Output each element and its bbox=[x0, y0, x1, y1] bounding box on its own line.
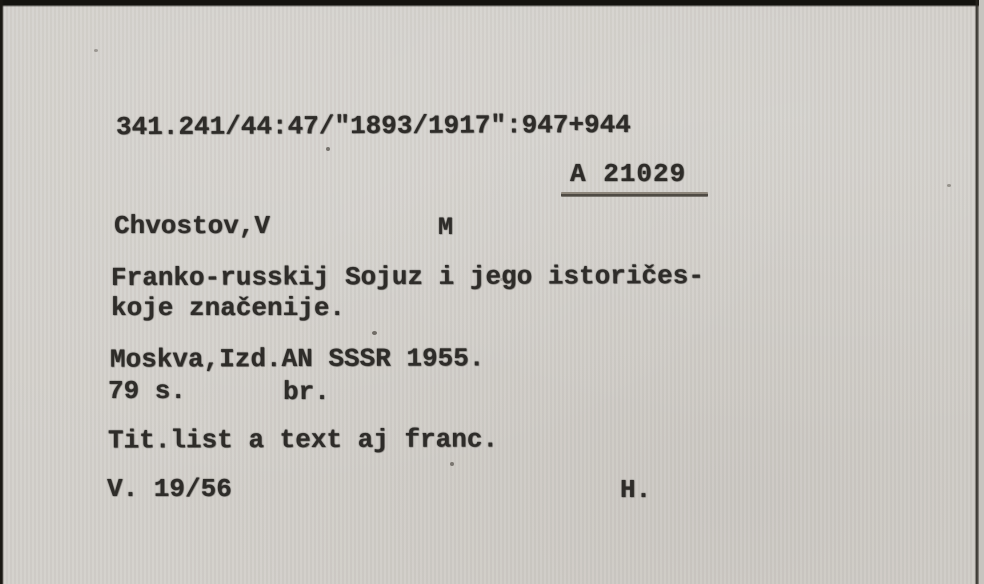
call-number: 341.241/44:47/"1893/1917":947+944 bbox=[116, 110, 631, 142]
cataloger-initials: H. bbox=[620, 475, 651, 505]
title-line-2: koje značenije. bbox=[111, 293, 345, 323]
shelf-mark-underline bbox=[561, 192, 708, 197]
binding-note: br. bbox=[283, 377, 330, 407]
card-right-margin bbox=[979, 0, 984, 584]
ink-speck bbox=[450, 462, 454, 466]
card-top-edge bbox=[0, 0, 984, 7]
cutter-letter: M bbox=[438, 213, 453, 243]
language-note: Tit.list a text aj franc. bbox=[108, 424, 498, 455]
catalog-card: 341.241/44:47/"1893/1917":947+944 A 2102… bbox=[0, 0, 984, 584]
ink-speck bbox=[500, 278, 503, 281]
ink-speck bbox=[94, 49, 98, 52]
imprint-line: Moskva,Izd.AN SSSR 1955. bbox=[110, 343, 485, 374]
pagination: 79 s. bbox=[108, 376, 186, 406]
author-line: Chvostov,V bbox=[114, 211, 270, 241]
ink-speck bbox=[326, 147, 330, 151]
shelf-mark: A 21029 bbox=[570, 159, 686, 189]
accession-number: V. 19/56 bbox=[107, 474, 232, 504]
card-left-edge bbox=[0, 0, 4, 584]
title-line-1: Franko-russkij Sojuz i jego istoričes- bbox=[111, 261, 704, 293]
ink-speck bbox=[947, 184, 951, 187]
ink-speck bbox=[372, 331, 377, 335]
